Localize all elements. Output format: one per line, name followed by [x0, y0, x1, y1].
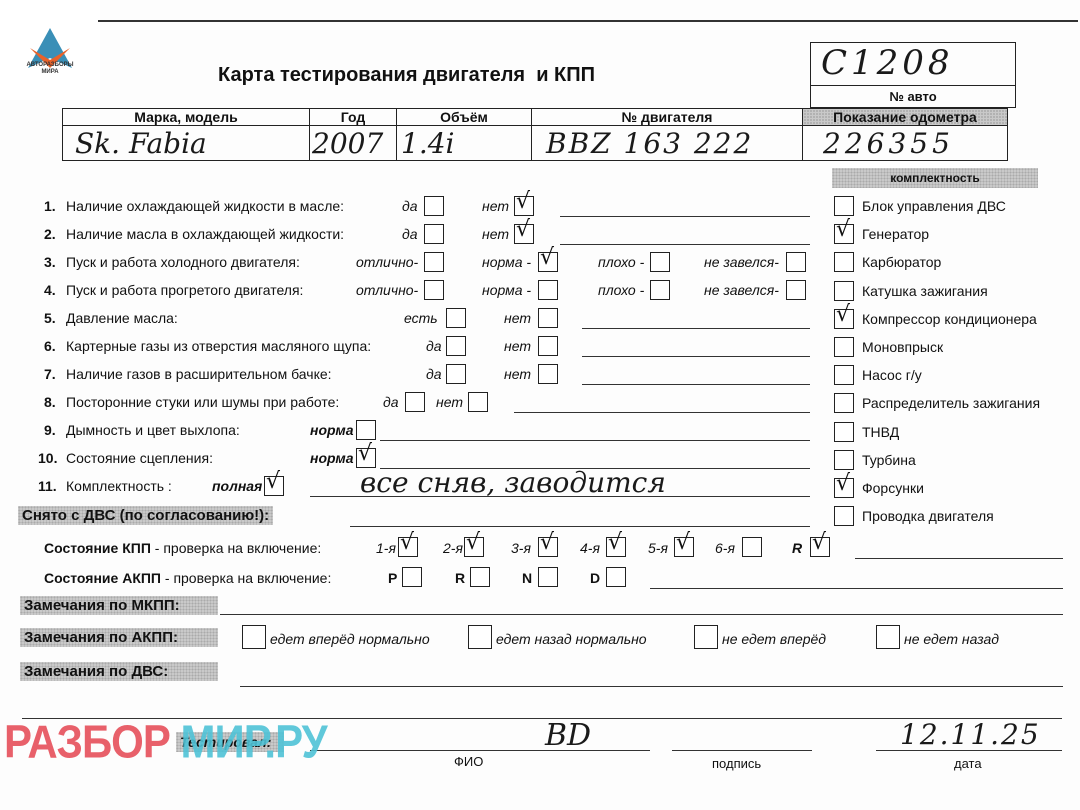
gear-label: 4-я — [580, 540, 600, 556]
gear-label: 5-я — [648, 540, 668, 556]
col-header-model: Марка, модель — [63, 109, 310, 126]
option-label: нет — [504, 366, 531, 382]
option-label: нет — [436, 394, 463, 410]
option-label: да — [383, 394, 399, 410]
akpp-remark-label: едет вперёд нормально — [270, 631, 430, 647]
kpp-label: Состояние КПП - проверка на включение: — [44, 540, 321, 556]
akpp-mode-checkbox[interactable] — [402, 567, 422, 587]
remarks-akpp-label: Замечания по АКПП: — [20, 628, 218, 647]
kit-item-label: Турбина — [862, 452, 916, 468]
fill-line[interactable] — [582, 328, 810, 329]
gear-1-checkbox[interactable]: √ — [398, 537, 418, 557]
option-label: норма — [310, 422, 354, 438]
option-label: не завелся- — [704, 282, 779, 298]
gear-label: 3-я — [511, 540, 531, 556]
check-10-option-1-checkbox[interactable]: √ — [356, 448, 376, 468]
remarks-dvs-line — [240, 686, 1063, 687]
akpp-remark-checkbox[interactable] — [694, 625, 718, 649]
option-label: да — [402, 226, 418, 242]
check-number: 11. — [38, 478, 57, 494]
gear-label: 2-я — [443, 540, 463, 556]
kit-item-checkbox[interactable] — [834, 365, 854, 385]
check-number: 9. — [44, 422, 56, 438]
kit-item-checkbox[interactable]: √ — [834, 309, 854, 329]
engine-number-value[interactable]: BBZ 163 222 — [532, 126, 803, 161]
check-1-option-1-checkbox[interactable] — [424, 196, 444, 216]
check-label: Пуск и работа холодного двигателя: — [66, 254, 300, 270]
signature-caption: подпись — [712, 756, 761, 771]
akpp-remark-checkbox[interactable] — [876, 625, 900, 649]
checkmark-icon: √ — [516, 191, 530, 213]
gear-6-checkbox[interactable] — [742, 537, 762, 557]
logo-text-2: МИРА — [0, 69, 100, 75]
check-7-option-2-checkbox[interactable] — [538, 364, 558, 384]
kit-item-label: Катушка зажигания — [862, 283, 988, 299]
option-label: да — [402, 198, 418, 214]
check-9-option-1-checkbox[interactable] — [356, 420, 376, 440]
check-7-option-1-checkbox[interactable] — [446, 364, 466, 384]
check-label: Дымность и цвет выхлопа: — [66, 422, 240, 438]
check-number: 1. — [44, 198, 56, 214]
kit-item-checkbox[interactable] — [834, 393, 854, 413]
kit-item-label: Карбюратор — [862, 254, 941, 270]
volume-value[interactable]: 1.4i — [397, 126, 532, 161]
option-label: нет — [482, 226, 509, 242]
check-number: 10. — [38, 450, 57, 466]
check-number: 4. — [44, 282, 56, 298]
auto-number-box: C1208 № авто — [810, 42, 1016, 108]
completeness-note[interactable]: все сняв, заводится — [360, 466, 666, 499]
option-label: норма — [310, 450, 354, 466]
option-label: да — [426, 338, 442, 354]
check-2-option-1-checkbox[interactable] — [424, 224, 444, 244]
option-label: плохо - — [598, 254, 644, 270]
option-label: норма - — [482, 254, 531, 270]
kit-item-checkbox[interactable] — [834, 506, 854, 526]
kit-item-label: Компрессор кондиционера — [862, 311, 1037, 327]
fill-line[interactable] — [582, 356, 810, 357]
vehicle-info-table: Марка, модель Год Объём № двигателя Пока… — [62, 108, 1008, 161]
kit-item-checkbox[interactable]: √ — [834, 224, 854, 244]
kit-item-label: Блок управления ДВС — [862, 198, 1006, 214]
option-label: нет — [504, 310, 531, 326]
check-label: Наличие масла в охлаждающей жидкости: — [66, 226, 344, 242]
check-label: Посторонние стуки или шумы при работе: — [66, 394, 339, 410]
col-header-odometer: Показание одометра — [803, 109, 1008, 126]
akpp-remark-label: едет назад нормально — [496, 631, 647, 647]
fill-line[interactable] — [560, 244, 810, 245]
kit-item-checkbox[interactable] — [834, 450, 854, 470]
odometer-value[interactable]: 226355 — [803, 126, 1008, 161]
logo-text-1: АВТОРАЗБОРЫ — [0, 62, 100, 68]
check-3-option-3-checkbox[interactable] — [650, 252, 670, 272]
fio-caption: ФИО — [454, 754, 483, 769]
akpp-label: Состояние АКПП - проверка на включение: — [44, 570, 331, 586]
check-number: 5. — [44, 310, 56, 326]
removed-from-engine-label: Снято с ДВС (по согласованию!): — [18, 506, 273, 525]
check-5-option-2-checkbox[interactable] — [538, 308, 558, 328]
option-label: норма - — [482, 282, 531, 298]
signature-line[interactable] — [672, 750, 812, 751]
check-1-option-2-checkbox[interactable]: √ — [514, 196, 534, 216]
check-label: Давление масла: — [66, 310, 178, 326]
check-label: Наличие газов в расширительном бачке: — [66, 366, 332, 382]
check-4-option-4-checkbox[interactable] — [786, 280, 806, 300]
akpp-mode-checkbox[interactable] — [606, 567, 626, 587]
watermark: РАЗБОР МИР.РУ — [4, 716, 327, 769]
option-label: нет — [482, 198, 509, 214]
akpp-mode-checkbox[interactable] — [538, 567, 558, 587]
check-label: Состояние сцепления: — [66, 450, 213, 466]
check-2-option-2-checkbox[interactable]: √ — [514, 224, 534, 244]
gear-label: 1-я — [376, 540, 396, 556]
akpp-remark-label: не едет вперёд — [722, 631, 826, 647]
check-label: Наличие охлаждающей жидкости в масле: — [66, 198, 344, 214]
checkmark-icon: √ — [540, 532, 554, 554]
check-3-option-2-checkbox[interactable]: √ — [538, 252, 558, 272]
check-11-option-1-checkbox[interactable]: √ — [264, 476, 284, 496]
fill-line[interactable] — [380, 440, 810, 441]
akpp-remark-checkbox[interactable] — [242, 625, 266, 649]
kit-item-checkbox[interactable] — [834, 252, 854, 272]
check-4-option-1-checkbox[interactable] — [424, 280, 444, 300]
remarks-mkpp-line — [220, 614, 1063, 615]
checkmark-icon: √ — [608, 532, 622, 554]
check-number: 8. — [44, 394, 56, 410]
remarks-mkpp-label: Замечания по МКПП: — [20, 596, 218, 615]
option-label: нет — [504, 338, 531, 354]
gear-2-checkbox[interactable]: √ — [464, 537, 484, 557]
option-label: отлично- — [356, 282, 418, 298]
remarks-dvs-label: Замечания по ДВС: — [20, 662, 218, 681]
checkmark-icon: √ — [812, 532, 826, 554]
checkmark-icon: √ — [400, 532, 414, 554]
checkmark-icon: √ — [836, 473, 850, 495]
kpp-line — [855, 558, 1063, 559]
check-3-option-4-checkbox[interactable] — [786, 252, 806, 272]
checkmark-icon: √ — [836, 219, 850, 241]
check-number: 2. — [44, 226, 56, 242]
checkmark-icon: √ — [266, 471, 280, 493]
watermark-part1: РАЗБОР — [4, 716, 170, 768]
checkmark-icon: √ — [676, 532, 690, 554]
check-label: Пуск и работа прогретого двигателя: — [66, 282, 303, 298]
kit-item-label: Распределитель зажигания — [862, 395, 1040, 411]
fio-value[interactable]: BD — [545, 718, 591, 753]
auto-number-label: № авто — [811, 89, 1015, 104]
option-label: отлично- — [356, 254, 418, 270]
check-label: Картерные газы из отверстия масляного щу… — [66, 338, 371, 354]
removed-line — [350, 526, 810, 527]
date-value[interactable]: 12.11.25 — [900, 718, 1041, 751]
kit-item-checkbox[interactable]: √ — [834, 478, 854, 498]
check-label: Комплектность : — [66, 478, 172, 494]
kit-item-label: Форсунки — [862, 480, 924, 496]
kit-item-label: Проводка двигателя — [862, 508, 994, 524]
kit-item-checkbox[interactable] — [834, 196, 854, 216]
kit-item-checkbox[interactable] — [834, 281, 854, 301]
check-8-option-1-checkbox[interactable] — [405, 392, 425, 412]
watermark-part2: МИР.РУ — [181, 716, 327, 768]
akpp-mode-label: N — [522, 570, 532, 586]
kit-item-label: Моновпрыск — [862, 339, 943, 355]
fill-line[interactable] — [514, 412, 810, 413]
check-6-option-1-checkbox[interactable] — [446, 336, 466, 356]
checkmark-icon: √ — [358, 443, 372, 465]
check-number: 6. — [44, 338, 56, 354]
year-value[interactable]: 2007 — [310, 126, 397, 161]
fill-line[interactable] — [582, 384, 810, 385]
akpp-line — [650, 588, 1063, 589]
top-rule — [98, 20, 1078, 22]
option-label: не завелся- — [704, 254, 779, 270]
check-3-option-1-checkbox[interactable] — [424, 252, 444, 272]
check-6-option-2-checkbox[interactable] — [538, 336, 558, 356]
checkmark-icon: √ — [466, 532, 480, 554]
kit-item-checkbox[interactable] — [834, 422, 854, 442]
check-4-option-2-checkbox[interactable] — [538, 280, 558, 300]
gear-5-checkbox[interactable]: √ — [674, 537, 694, 557]
akpp-mode-label: R — [455, 570, 465, 586]
check-5-option-1-checkbox[interactable] — [446, 308, 466, 328]
check-number: 7. — [44, 366, 56, 382]
kit-item-label: Генератор — [862, 226, 929, 242]
check-4-option-3-checkbox[interactable] — [650, 280, 670, 300]
col-header-volume: Объём — [397, 109, 532, 126]
auto-number-value: C1208 — [821, 43, 954, 83]
model-value[interactable]: Sk. Fabia — [63, 126, 310, 161]
gear-7-checkbox[interactable]: √ — [810, 537, 830, 557]
check-8-option-2-checkbox[interactable] — [468, 392, 488, 412]
kit-item-label: ТНВД — [862, 424, 899, 440]
gear-4-checkbox[interactable]: √ — [606, 537, 626, 557]
brand-logo: АВТОРАЗБОРЫ МИРА — [0, 0, 100, 100]
akpp-remark-checkbox[interactable] — [468, 625, 492, 649]
checkmark-icon: √ — [516, 219, 530, 241]
akpp-mode-checkbox[interactable] — [470, 567, 490, 587]
check-number: 3. — [44, 254, 56, 270]
option-label: плохо - — [598, 282, 644, 298]
akpp-mode-label: D — [590, 570, 600, 586]
gear-label: 6-я — [715, 540, 735, 556]
checkmark-icon: √ — [836, 304, 850, 326]
option-label: да — [426, 366, 442, 382]
akpp-mode-label: P — [388, 570, 397, 586]
option-label: полная — [212, 478, 262, 494]
kit-item-checkbox[interactable] — [834, 337, 854, 357]
gear-label: R — [792, 540, 802, 556]
checkmark-icon: √ — [540, 247, 554, 269]
kit-header: комплектность — [832, 168, 1038, 188]
kit-item-label: Насос г/у — [862, 367, 922, 383]
date-caption: дата — [954, 756, 982, 771]
gear-3-checkbox[interactable]: √ — [538, 537, 558, 557]
col-header-year: Год — [310, 109, 397, 126]
page-title: Карта тестирования двигателя и КПП — [218, 64, 595, 87]
akpp-remark-label: не едет назад — [904, 631, 999, 647]
option-label: есть — [404, 310, 438, 326]
fill-line[interactable] — [560, 216, 810, 217]
col-header-engine-no: № двигателя — [532, 109, 803, 126]
fio-line — [310, 750, 650, 751]
